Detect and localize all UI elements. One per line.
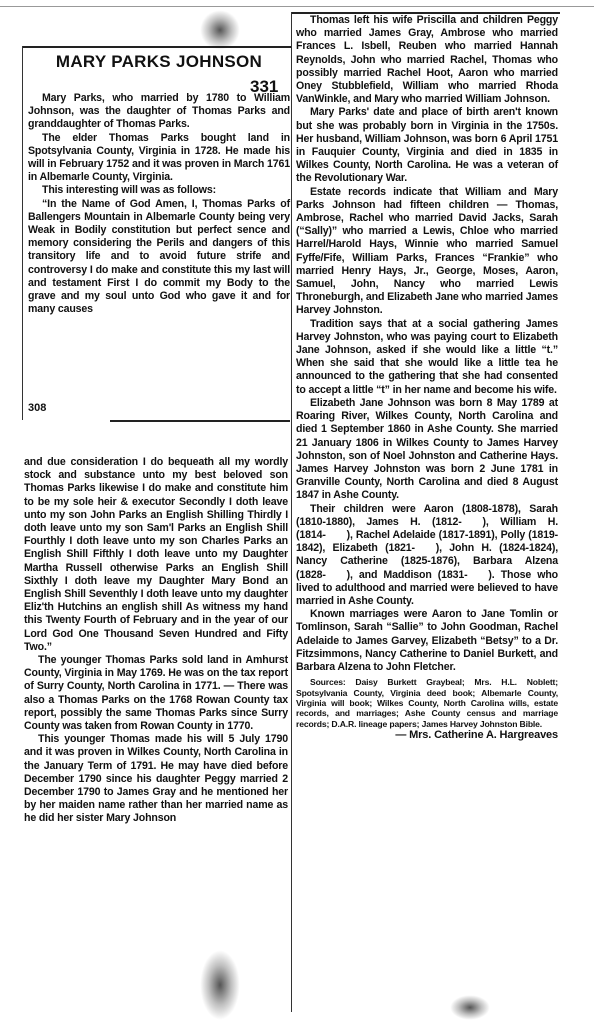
page-number: 308 — [28, 402, 46, 414]
article-box-top-rule — [22, 46, 292, 48]
paragraph: The elder Thomas Parks bought land in Sp… — [28, 132, 290, 185]
article-box-bottom-rule — [110, 420, 290, 422]
right-column-paragraphs: Thomas left his wife Priscilla and child… — [296, 14, 558, 674]
article-box-left-rule — [22, 46, 23, 420]
paragraph: Known marriages were Aaron to Jane Tomli… — [296, 608, 558, 674]
paragraph: Estate records indicate that William and… — [296, 186, 558, 318]
paragraph: The younger Thomas Parks sold land in Am… — [24, 654, 288, 733]
paragraph: and due consideration I do bequeath all … — [24, 456, 288, 654]
left-column-bottom: and due consideration I do bequeath all … — [24, 456, 288, 826]
paragraph: Tradition says that at a social gatherin… — [296, 318, 558, 397]
author-signature: — Mrs. Catherine A. Hargreaves — [296, 729, 558, 742]
paragraph: Mary Parks' date and place of birth aren… — [296, 106, 558, 185]
paragraph: This interesting will was as follows: — [28, 184, 290, 197]
paragraph: Mary Parks, who married by 1780 to Willi… — [28, 92, 290, 132]
paragraph: This younger Thomas made his will 5 July… — [24, 733, 288, 825]
scan-noise — [200, 950, 240, 1020]
paragraph: Elizabeth Jane Johnson was born 8 May 17… — [296, 397, 558, 503]
article-title: MARY PARKS JOHNSON — [28, 52, 290, 72]
left-column-top: Mary Parks, who married by 1780 to Willi… — [28, 92, 290, 316]
column-divider — [291, 12, 292, 1012]
scan-noise — [450, 995, 490, 1020]
right-column: Thomas left his wife Priscilla and child… — [296, 14, 558, 742]
scan-edge-line — [0, 6, 594, 7]
paragraph: Thomas left his wife Priscilla and child… — [296, 14, 558, 106]
paragraph: Their children were Aaron (1808-1878), S… — [296, 503, 558, 609]
scan-noise — [200, 10, 240, 50]
sources-note: Sources: Daisy Burkett Graybeal; Mrs. H.… — [296, 677, 558, 729]
paragraph: “In the Name of God Amen, I, Thomas Park… — [28, 198, 290, 317]
